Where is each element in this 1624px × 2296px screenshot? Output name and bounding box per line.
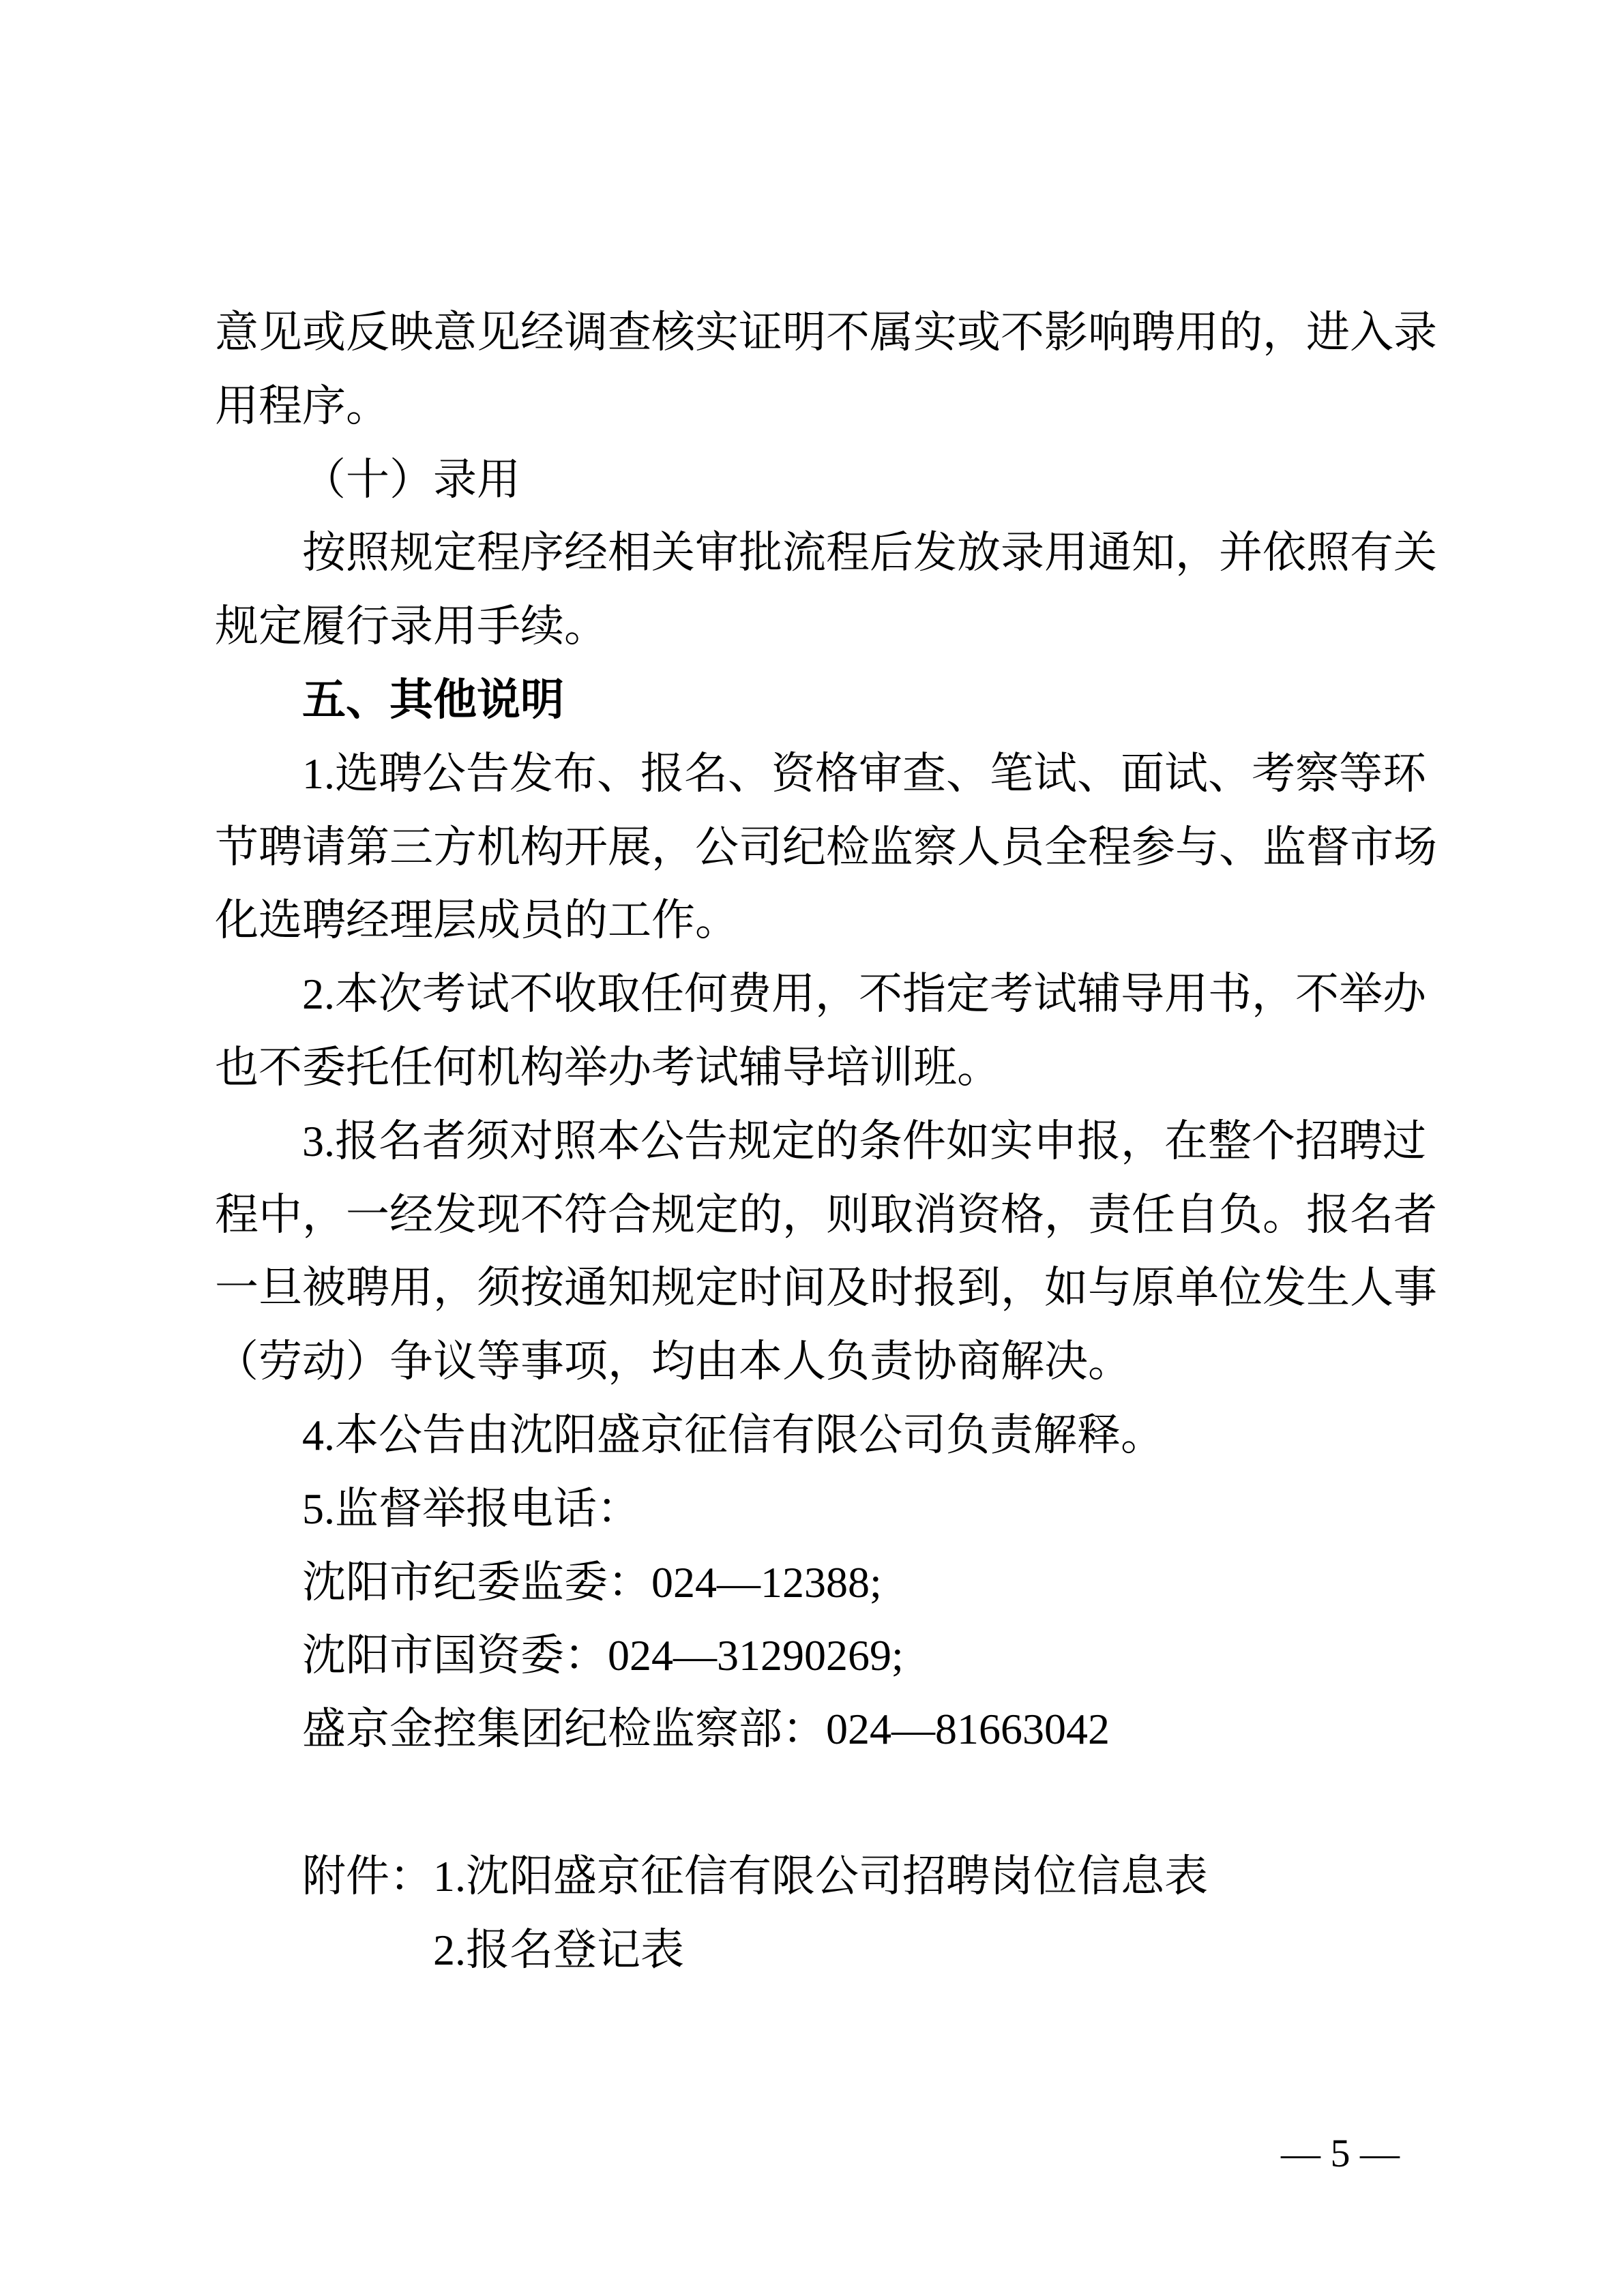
note-item-3-line: 一旦被聘用，须按通知规定时间及时报到，如与原单位发生人事 (215, 1251, 1436, 1325)
note-item-3-line: 3.报名者须对照本公告规定的条件如实申报，在整个招聘过 (215, 1105, 1436, 1178)
phone-line-guoziwei: 沈阳市国资委：024—31290269; (215, 1619, 1436, 1693)
page-number: — 5 — (1281, 2126, 1400, 2181)
note-item-1-line: 化选聘经理层成员的工作。 (215, 884, 1436, 957)
note-item-1-line: 节聘请第三方机构开展，公司纪检监察人员全程参与、监督市场 (215, 811, 1436, 884)
note-item-3-line: （劳动）争议等事项，均由本人负责协商解决。 (215, 1325, 1436, 1399)
phone-line-shengjing-jinkong: 盛京金控集团纪检监察部：024—81663042 (215, 1693, 1436, 1766)
section-heading-other-notes: 五、其他说明 (215, 664, 1436, 737)
note-item-2-line: 也不委托任何机构举办考试辅导培训班。 (215, 1031, 1436, 1105)
paragraph-line: 规定履行录用手续。 (215, 590, 1436, 664)
note-item-3-line: 程中，一经发现不符合规定的，则取消资格，责任自负。报名者 (215, 1178, 1436, 1252)
document-body: 意见或反映意见经调查核实证明不属实或不影响聘用的，进入录 用程序。 （十）录用 … (215, 296, 1436, 1986)
paragraph-line: 用程序。 (215, 370, 1436, 443)
attachment-line-2: 2.报名登记表 (215, 1913, 1436, 1987)
subsection-heading-recruitment: （十）录用 (215, 443, 1436, 517)
note-item-4-line: 4.本公告由沈阳盛京征信有限公司负责解释。 (215, 1399, 1436, 1472)
paragraph-line: 意见或反映意见经调查核实证明不属实或不影响聘用的，进入录 (215, 296, 1436, 370)
blank-line (215, 1766, 1436, 1840)
note-item-5-line: 5.监督举报电话： (215, 1472, 1436, 1546)
attachment-line-1: 附件：1.沈阳盛京征信有限公司招聘岗位信息表 (215, 1840, 1436, 1913)
phone-line-jiwei: 沈阳市纪委监委：024—12388; (215, 1546, 1436, 1620)
note-item-2-line: 2.本次考试不收取任何费用，不指定考试辅导用书，不举办 (215, 957, 1436, 1031)
document-page: 意见或反映意见经调查核实证明不属实或不影响聘用的，进入录 用程序。 （十）录用 … (0, 0, 1624, 2296)
note-item-1-line: 1.选聘公告发布、报名、资格审查、笔试、面试、考察等环 (215, 737, 1436, 811)
paragraph-line: 按照规定程序经相关审批流程后发放录用通知，并依照有关 (215, 516, 1436, 590)
